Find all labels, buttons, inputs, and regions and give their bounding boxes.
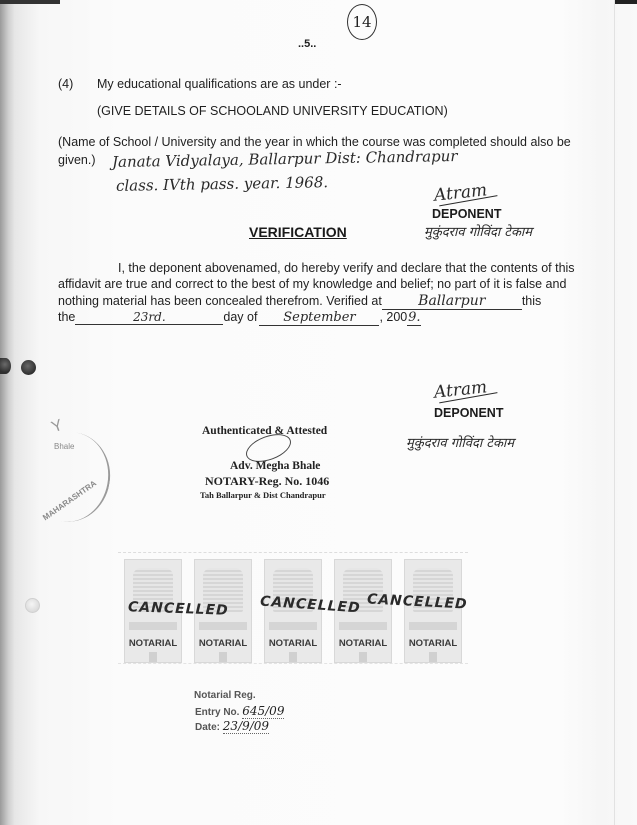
scanned-page: 14 ..5.. (4) My educational qualificatio… [0,0,637,825]
register-date: Date: 23/9/09 [195,719,269,733]
year-field: 9. [407,310,421,326]
date-label: Date: [195,722,220,733]
seal-emblem-icon: Y [49,417,65,438]
verification-text-place: nothing material has been concealed ther… [58,293,541,310]
verification-text: affidavit are true and correct to the be… [58,277,566,291]
notary-name: Adv. Megha Bhale [230,460,320,472]
stamp-foot [429,652,437,662]
page-number: 14 [352,13,371,31]
notary-attestation: Authenticated & Attested [202,425,327,437]
deponent-label: DEPONENT [434,406,503,420]
seal-arc [21,426,117,529]
stamp-label: NOTARIAL [405,638,461,649]
verification-text: I, the deponent abovenamed, do hereby ve… [118,261,575,275]
date-value: 23/9/09 [223,719,269,734]
the-label: the [58,310,75,324]
scan-corner [615,0,637,4]
verification-text: nothing material has been concealed ther… [58,294,382,308]
page-fold-line [614,0,615,825]
stamp-band [269,622,317,630]
notary-seal: Y Bhale MAHARASHTRA [38,412,108,522]
stamp-foot [219,652,227,662]
page-number-circle: 14 [347,4,377,40]
deponent-signature: Atram [433,377,488,402]
note-line: given.) [58,153,96,167]
notary-registration: NOTARY-Reg. No. 1046 [205,474,329,489]
verified-at-field: Ballarpur [382,293,522,310]
stamp-label: NOTARIAL [265,638,321,649]
day-of-label: day of [223,310,257,324]
verification-date-line: the23rd.day ofSeptember, 2009. [58,310,421,326]
entry-value: 645/09 [242,704,284,719]
stamp-band [339,622,387,630]
handwritten-class-year: class. IVth pass. year. 1968. [116,173,328,195]
note-line: (Name of School / University and the yea… [58,135,571,149]
stamp-label: NOTARIAL [125,638,181,649]
deponent-name-devanagari: मुकुंदराव गोविंदा टेकाम [406,433,514,451]
page-marker: ..5.. [298,38,316,50]
stamp-band [199,622,247,630]
seal-text: Bhale [54,442,74,451]
register-label: Notarial Reg. [194,690,256,701]
stamp-foot [289,652,297,662]
punch-hole-icon [21,360,36,375]
stamp-band [129,622,177,630]
verification-heading: VERIFICATION [249,224,347,240]
deponent-signature: Atram [433,180,488,205]
register-entry: Entry No. 645/09 [195,704,284,718]
punch-hole-icon [25,598,40,613]
month-field: September [259,310,379,326]
deponent-name-devanagari: मुकुंदराव गोविंदा टेकाम [424,222,532,240]
stamp-foot [359,652,367,662]
stamp-label: NOTARIAL [335,638,391,649]
stamp-foot [149,652,157,662]
item-text: My educational qualifications are as und… [97,77,342,91]
item-number: (4) [58,77,73,91]
notary-location: Tah Ballarpur & Dist Chandrapur [200,490,326,500]
handwritten-school: Janata Vidyalaya, Ballarpur Dist: Chandr… [112,147,458,171]
stamp-label: NOTARIAL [195,638,251,649]
year-prefix: , 200 [379,310,407,324]
day-field: 23rd. [75,310,223,325]
punch-hole-icon [0,358,11,374]
verification-text: this [522,294,541,308]
instruction-text: (GIVE DETAILS OF SCHOOLAND UNIVERSITY ED… [97,104,448,118]
scan-left-edge [0,0,14,825]
stamp-band [409,622,457,630]
scan-corner [0,0,60,4]
entry-label: Entry No. [195,707,239,718]
deponent-label: DEPONENT [432,207,501,221]
